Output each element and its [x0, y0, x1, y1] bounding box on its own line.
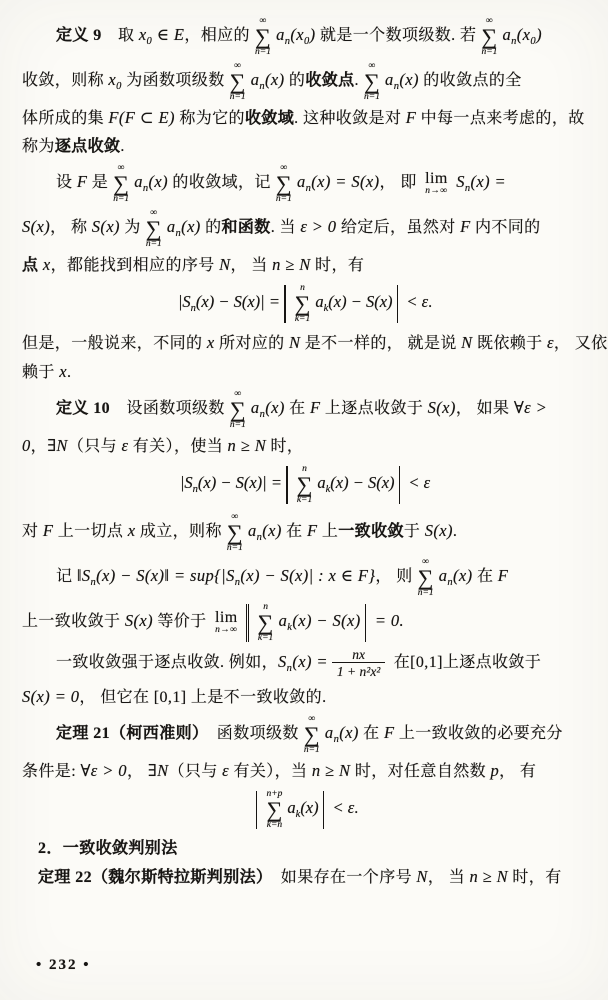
math-run: a [502, 25, 511, 44]
math-run: F [77, 172, 87, 191]
summation-operator: ∞∑n=1 [304, 714, 320, 755]
math-run: 0 [22, 436, 31, 455]
text-run: 上一切点 [53, 523, 127, 540]
math-run: ∃N [47, 436, 68, 455]
bold-text-run: 收敛点 [305, 72, 354, 89]
text-line: 体所成的集 F(F ⊂ E) 称为它的收敛域. 这种收敛是对 F 中每一点来考虑… [22, 106, 588, 131]
text-run: 条件是: [22, 763, 80, 780]
math-run: (x) − S(x)‖ = sup{|S [96, 566, 235, 585]
fraction-numerator: nx [347, 647, 370, 662]
summation-operator: ∞∑n=1 [276, 163, 292, 204]
text-run: 于 [404, 523, 425, 540]
bold-text-run: 定理 21（柯西准则） [56, 725, 200, 742]
text-run: ， 但它在 [0,1] 上是不一致收敛的. [79, 689, 326, 706]
math-run: (x) [339, 723, 359, 742]
text-run: 称为它的 [175, 110, 245, 127]
text-run: 赖于 [22, 364, 59, 381]
text-run: 有关），当 [229, 763, 312, 780]
summation-operator: ∞∑n=1 [146, 208, 162, 249]
text-run: ， [31, 438, 47, 455]
absolute-value-bar [365, 604, 367, 642]
limit-subscript: n→∞ [425, 186, 447, 196]
text-run: ，都能找到相应的序号 [51, 257, 219, 274]
math-run: ε > 0 [300, 217, 336, 236]
text-line: 0，∃N（只与 ε 有关），使当 n ≥ N 时， [22, 434, 588, 459]
bold-text-run: 点 [22, 257, 38, 274]
sum-lower-limit: n=1 [227, 543, 243, 553]
text-run: 函数项级数 [200, 725, 298, 742]
math-run: (x) = [471, 172, 507, 191]
absolute-value-bar [256, 791, 258, 829]
lim-text: lim [425, 172, 448, 186]
text-line: 条件是: ∀ε > 0， ∃N（只与 ε 有关），当 n ≥ N 时，对任意自然… [22, 759, 588, 784]
math-run: x [108, 70, 116, 89]
text-run: 所对应的 [215, 335, 289, 352]
math-run: ‖S [77, 566, 91, 585]
sigma-symbol: ∑ [364, 71, 380, 92]
text-run: . [453, 523, 457, 540]
text-run: 的 [285, 72, 306, 89]
math-run: x [139, 25, 147, 44]
sigma-symbol: ∑ [227, 522, 243, 543]
text-run: 时，有 [311, 257, 365, 274]
bold-text-run: 定义 9 [56, 27, 102, 44]
text-run: 中每一点来考虑的，故 [416, 110, 584, 127]
sum-lower-limit: k=1 [297, 495, 312, 505]
summation-operator: ∞∑n=1 [230, 389, 246, 430]
math-run: S(x) [92, 217, 120, 236]
text-line: 设 F 是∞∑n=1an(x) 的收敛域，记∞∑n=1an(x) = S(x)，… [22, 163, 588, 204]
sigma-symbol: ∑ [230, 71, 246, 92]
math-run: F [384, 723, 394, 742]
text-run: 的收敛点的全 [419, 72, 522, 89]
math-run: ∀ε > [514, 398, 547, 417]
math-run: F(F ⊂ E) [108, 108, 175, 127]
math-run: (x) [453, 566, 473, 585]
math-run: F [307, 521, 317, 540]
sum-lower-limit: k=1 [258, 633, 273, 643]
bold-text-run: 定义 10 [56, 400, 110, 417]
text-run: 的 [201, 219, 222, 236]
text-run: ，相应的 [184, 27, 250, 44]
math-run: < ε [328, 798, 354, 817]
text-run: 成立，则称 [135, 523, 221, 540]
limit-subscript: n→∞ [215, 625, 237, 635]
text-run: 记 [56, 568, 77, 585]
sum-lower-limit: n=1 [255, 47, 271, 57]
sigma-symbol: ∑ [297, 474, 313, 495]
math-run: (x) − S(x)| : x ∈ F} [240, 566, 375, 585]
sum-lower-limit: n=1 [418, 588, 434, 598]
display-formula: |Sn(x) − S(x)| =n∑k=1ak(x) − S(x) < ε. [22, 283, 588, 324]
math-run: a [248, 521, 257, 540]
math-run: ∈ E [152, 25, 184, 44]
sum-lower-limit: n=1 [481, 47, 497, 57]
math-run: a [385, 70, 394, 89]
text-run: 一致收敛强于逐点收敛. 例如， [56, 654, 278, 671]
text-run: 有关），使当 [128, 438, 227, 455]
math-run: n ≥ N [228, 436, 267, 455]
math-run: a [297, 172, 306, 191]
text-line: 记 ‖Sn(x) − S(x)‖ = sup{|Sn(x) − S(x)| : … [22, 557, 588, 598]
math-run: a [287, 798, 295, 817]
bold-text-run: 和函数 [222, 219, 271, 236]
text-line: 定理 21（柯西准则） 函数项级数∞∑n=1an(x) 在 F 上一致收敛的必要… [22, 714, 588, 755]
math-run: a [276, 25, 285, 44]
math-run: S(x) = 0 [22, 687, 79, 706]
text-run: 设 [56, 174, 77, 191]
text-run: 等价于 [153, 613, 211, 630]
sum-lower-limit: n=1 [146, 239, 162, 249]
text-run: 既依赖于 [473, 335, 547, 352]
text-run: . [120, 138, 124, 155]
math-run: a [317, 473, 325, 492]
text-run: ， 称 [50, 219, 92, 236]
math-run: F [498, 566, 508, 585]
fraction-denominator: 1 + n²x² [332, 662, 385, 680]
text-line: S(x)， 称 S(x) 为∞∑n=1an(x) 的和函数. 当 ε > 0 给… [22, 208, 588, 249]
text-run: 取 [102, 27, 139, 44]
math-run: a [315, 292, 323, 311]
text-run: 是 [87, 174, 108, 191]
math-run: S(x) [22, 217, 50, 236]
sigma-symbol: ∑ [255, 26, 271, 47]
math-run: (x) [262, 521, 282, 540]
text-run: ， 则 [375, 568, 412, 585]
sigma-symbol: ∑ [267, 799, 283, 820]
text-run: 为 [120, 219, 141, 236]
text-run: 上一致收敛的必要充分 [394, 725, 562, 742]
text-run: 时， [266, 438, 303, 455]
text-run: . 当 [271, 219, 301, 236]
summation-operator: n∑k=1 [258, 602, 274, 643]
norm-double-bar [246, 604, 249, 642]
math-run: ∀ε > 0 [80, 761, 127, 780]
math-run: |S [178, 292, 191, 311]
math-run: a [279, 611, 288, 630]
text-line: 点 x，都能找到相应的序号 N， 当 n ≥ N 时，有 [22, 253, 588, 278]
math-run: (x) − S(x) [330, 473, 394, 492]
math-run: N [289, 333, 300, 352]
math-run: (x) = [292, 652, 328, 671]
math-run: a [167, 217, 176, 236]
text-run: （只与 [68, 438, 122, 455]
math-run: (x) [399, 70, 419, 89]
limit-operator: limn→∞ [425, 172, 448, 196]
summation-operator: n∑k=1 [295, 283, 311, 324]
text-run: 时，有 [508, 869, 562, 886]
text-run: ， 当 [230, 257, 272, 274]
text-run: ， 如果 [456, 400, 514, 417]
summation-operator: ∞∑n=1 [230, 61, 246, 102]
math-run: F [406, 108, 416, 127]
sum-lower-limit: n=1 [304, 745, 320, 755]
text-run: 如果存在一个序号 [264, 869, 416, 886]
sigma-symbol: ∑ [276, 173, 292, 194]
math-run: x [207, 333, 215, 352]
summation-operator: n+p∑k=n [266, 789, 282, 830]
text-line: 一致收敛强于逐点收敛. 例如，Sn(x) =nx1 + n²x² 在[0,1]上… [22, 647, 588, 681]
text-run: 为函数项级数 [122, 72, 225, 89]
math-run: = 0. [370, 611, 404, 630]
math-run: < ε [402, 292, 428, 311]
math-run: (x) − S(x)| = [196, 292, 280, 311]
math-run: (x [290, 25, 304, 44]
display-formula: n+p∑k=nak(x) < ε. [22, 789, 588, 830]
math-run: (x) [300, 798, 318, 817]
math-run: (x) − S(x) [328, 292, 392, 311]
text-run: 给定后，虽然对 [336, 219, 460, 236]
math-run: F [43, 521, 53, 540]
math-run: a [251, 398, 260, 417]
display-formula: |Sn(x) − S(x)| =n∑k=1ak(x) − S(x) < ε [22, 464, 588, 505]
text-run: ， 又依 [554, 335, 608, 352]
text-run: . 这种收敛是对 [294, 110, 406, 127]
text-run: （只与 [169, 763, 223, 780]
text-run: 就是一个数项级数. 若 [316, 27, 477, 44]
sigma-symbol: ∑ [230, 399, 246, 420]
math-run: N [219, 255, 230, 274]
math-run: ∃N [148, 761, 169, 780]
sigma-symbol: ∑ [304, 724, 320, 745]
sum-lower-limit: k=1 [295, 314, 310, 324]
math-run: S(x) [125, 611, 153, 630]
absolute-value-bar [284, 285, 286, 323]
math-run: x [38, 255, 50, 274]
text-run: 上逐点收敛于 [320, 400, 427, 417]
sigma-symbol: ∑ [258, 612, 274, 633]
text-line: 定理 22（魏尔斯特拉斯判别法） 如果存在一个序号 N， 当 n ≥ N 时，有 [22, 865, 588, 890]
text-line: 定义 9 取 x0 ∈ E，相应的∞∑n=1an(x0) 就是一个数项级数. 若… [22, 16, 588, 57]
absolute-value-bar [323, 791, 325, 829]
math-run: (x) [265, 398, 285, 417]
text-line: 但是，一般说来，不同的 x 所对应的 N 是不一样的， 就是说 N 既依赖于 ε… [22, 331, 588, 356]
text-run: . [355, 72, 359, 89]
math-run: a [134, 172, 143, 191]
text-line: 对 F 上一切点 x 成立，则称∞∑n=1an(x) 在 F 上一致收敛于 S(… [22, 512, 588, 553]
math-run: S [278, 652, 287, 671]
math-run: S [452, 172, 465, 191]
bold-text-run: 逐点收敛 [55, 138, 121, 155]
absolute-value-bar [397, 285, 399, 323]
text-run: 设函数项级数 [110, 400, 225, 417]
summation-operator: ∞∑n=1 [418, 557, 434, 598]
text-run: 在 [359, 725, 384, 742]
text-run: 体所成的集 [22, 110, 108, 127]
text-line: 定义 10 设函数项级数∞∑n=1an(x) 在 F 上逐点收敛于 S(x)， … [22, 389, 588, 430]
text-run: 上 [317, 523, 338, 540]
text-line: S(x) = 0， 但它在 [0,1] 上是不一致收敛的. [22, 685, 588, 710]
math-run: a [325, 723, 334, 742]
text-run: ， 有 [499, 763, 536, 780]
summation-operator: ∞∑n=1 [113, 163, 129, 204]
page-content: 定义 9 取 x0 ∈ E，相应的∞∑n=1an(x0) 就是一个数项级数. 若… [22, 16, 588, 890]
sum-lower-limit: n=1 [113, 194, 129, 204]
page-number: • 232 • [36, 957, 91, 974]
summation-operator: ∞∑n=1 [481, 16, 497, 57]
sigma-symbol: ∑ [146, 218, 162, 239]
math-run: (x) [181, 217, 201, 236]
math-run: n ≥ N [469, 867, 508, 886]
text-run: . [428, 294, 432, 311]
summation-operator: ∞∑n=1 [255, 16, 271, 57]
fraction: nx1 + n²x² [332, 647, 385, 680]
sum-lower-limit: n=1 [364, 92, 380, 102]
math-run: F [460, 217, 470, 236]
math-run: ε [222, 761, 229, 780]
math-run: (x) − S(x) [292, 611, 360, 630]
text-run: ， 即 [380, 174, 422, 191]
text-line: 称为逐点收敛. [22, 135, 588, 159]
text-run: 对 [22, 523, 43, 540]
text-run: 时，对任意自然数 [350, 763, 490, 780]
bold-text-run: 2．一致收敛判别法 [38, 840, 178, 857]
math-run: S(x) [425, 521, 453, 540]
text-line: 上一致收敛于 S(x) 等价于 limn→∞n∑k=1ak(x) − S(x) … [22, 602, 588, 643]
math-run: |S [180, 473, 193, 492]
sum-lower-limit: k=n [267, 820, 282, 830]
sum-lower-limit: n=1 [276, 194, 292, 204]
sum-lower-limit: n=1 [230, 92, 246, 102]
math-run: x [59, 362, 67, 381]
math-run: S(x) [428, 398, 456, 417]
math-run: n ≥ N [272, 255, 311, 274]
math-run: < ε [404, 473, 430, 492]
math-run: N [461, 333, 472, 352]
math-run: (x) [265, 70, 285, 89]
limit-operator: limn→∞ [215, 611, 238, 635]
text-line: 2．一致收敛判别法 [22, 837, 588, 861]
absolute-value-bar [399, 466, 401, 504]
bold-text-run: 一致收敛 [338, 523, 404, 540]
summation-operator: ∞∑n=1 [364, 61, 380, 102]
text-run: 在 [473, 568, 498, 585]
text-line: 收敛，则称 x0 为函数项级数∞∑n=1an(x) 的收敛点.∞∑n=1an(x… [22, 61, 588, 102]
math-run: (x) [149, 172, 169, 191]
text-run: 在[0,1]上逐点收敛于 [389, 654, 541, 671]
sigma-symbol: ∑ [481, 26, 497, 47]
sigma-symbol: ∑ [113, 173, 129, 194]
bold-text-run: 定理 22（魏尔斯特拉斯判别法） [38, 869, 264, 886]
text-run: 的收敛域，记 [168, 174, 271, 191]
bold-text-run: 收敛域 [245, 110, 294, 127]
summation-operator: n∑k=1 [297, 464, 313, 505]
math-run: (x) = S(x) [311, 172, 379, 191]
math-run: ε [547, 333, 554, 352]
text-run: 在 [282, 523, 307, 540]
sum-lower-limit: n=1 [230, 420, 246, 430]
math-run: ) [536, 25, 542, 44]
text-run: 是不一样的， 就是说 [300, 335, 461, 352]
text-run: 内不同的 [471, 219, 541, 236]
text-run: 但是，一般说来，不同的 [22, 335, 207, 352]
math-run: p [490, 761, 499, 780]
lim-text: lim [215, 611, 238, 625]
text-run: 上一致收敛于 [22, 613, 125, 630]
absolute-value-bar [286, 466, 288, 504]
text-run: . [354, 800, 358, 817]
text-run: ， [127, 763, 148, 780]
sigma-symbol: ∑ [295, 293, 311, 314]
text-run: 称为 [22, 138, 55, 155]
math-run: (x) − S(x)| = [198, 473, 282, 492]
sigma-symbol: ∑ [418, 567, 434, 588]
text-run: . [67, 364, 71, 381]
math-run: N [416, 867, 427, 886]
text-line: 赖于 x. [22, 360, 588, 385]
text-run: 收敛，则称 [22, 72, 108, 89]
scanned-textbook-page: 定义 9 取 x0 ∈ E，相应的∞∑n=1an(x0) 就是一个数项级数. 若… [0, 0, 608, 1000]
math-run: F [310, 398, 320, 417]
math-run: (x [517, 25, 531, 44]
math-run: n ≥ N [312, 761, 351, 780]
text-run: 在 [285, 400, 310, 417]
summation-operator: ∞∑n=1 [227, 512, 243, 553]
text-run: ， 当 [428, 869, 470, 886]
